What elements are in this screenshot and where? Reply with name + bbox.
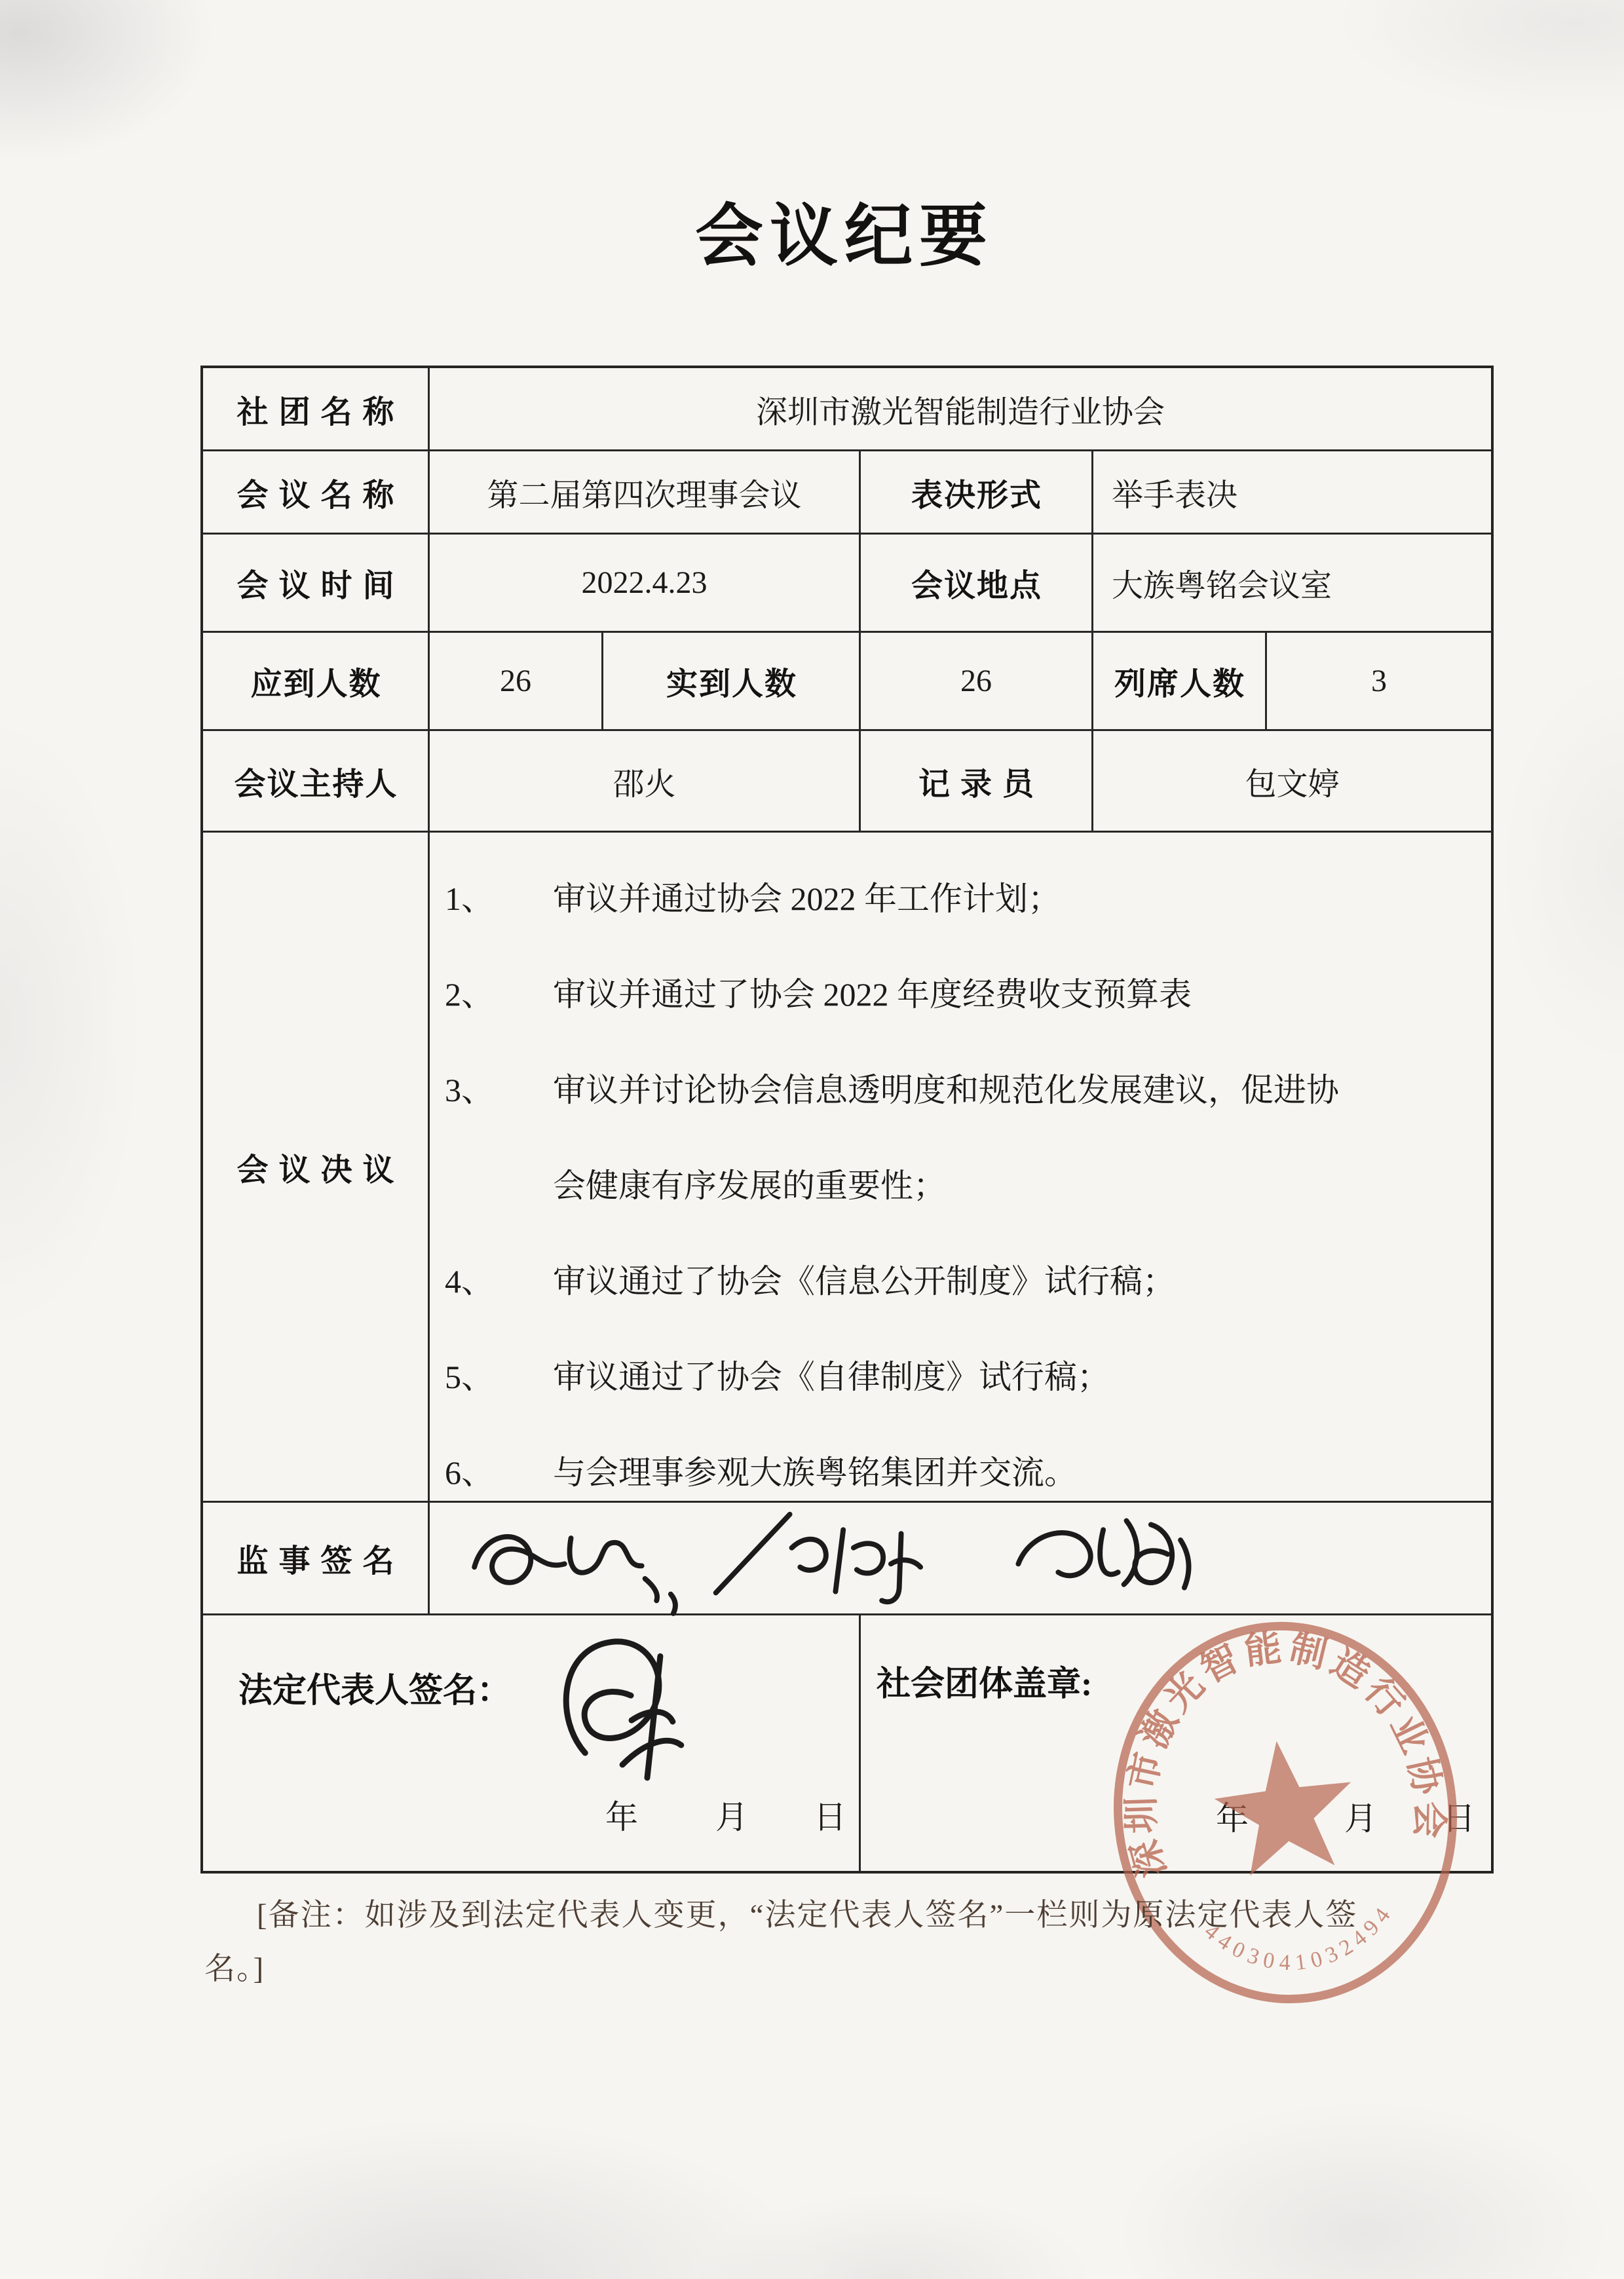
- legal-rep-cell: 法定代表人签名： 年 月 日: [203, 1615, 861, 1871]
- meeting-time-label: 会议时间: [203, 535, 430, 633]
- resolution-number: 2、: [445, 947, 553, 1042]
- meeting-time-value: 2022.4.23: [430, 535, 861, 633]
- resolutions-label: 会议决议: [203, 833, 430, 1503]
- supervisor-signatures: [430, 1503, 1491, 1615]
- meeting-place-label: 会议地点: [861, 535, 1093, 633]
- seal-label: 社会团体盖章:: [877, 1656, 1092, 1705]
- observer-count-value: 3: [1267, 633, 1491, 731]
- resolution-text: 审议并通过了协会 2022 年度经费收支预算表: [553, 947, 1481, 1042]
- meeting-name-value: 第二届第四次理事会议: [430, 451, 861, 535]
- recorder-label: 记 录 员: [861, 731, 1093, 833]
- expected-count-value: 26: [430, 633, 603, 731]
- legal-rep-signature-handwriting: [203, 1615, 859, 1871]
- resolution-item: 1、 审议并通过协会 2022 年工作计划；: [445, 851, 1481, 947]
- org-name-label: 社团名称: [203, 368, 430, 451]
- vote-form-value: 举手表决: [1093, 451, 1491, 535]
- actual-count-label: 实到人数: [603, 633, 861, 731]
- resolution-item: 3、 审议并讨论协会信息透明度和规范化发展建议，促进协会健康有序发展的重要性；: [445, 1042, 1481, 1234]
- actual-count-value: 26: [861, 633, 1093, 731]
- expected-count-label: 应到人数: [203, 633, 430, 731]
- footer-note-line1: [备注：如涉及到法定代表人变更，“法定代表人签名”一栏则为原法定代表人签: [257, 1891, 1357, 1934]
- legal-rep-date-day: 日: [814, 1791, 846, 1838]
- resolution-number: 4、: [445, 1234, 553, 1329]
- resolution-text: 审议并讨论协会信息透明度和规范化发展建议，促进协会健康有序发展的重要性；: [553, 1042, 1481, 1234]
- recorder-value: 包文婷: [1093, 731, 1491, 833]
- resolution-number: 3、: [445, 1042, 553, 1138]
- resolution-text: 审议通过了协会《自律制度》试行稿；: [553, 1329, 1481, 1425]
- resolutions-list: 1、 审议并通过协会 2022 年工作计划； 2、 审议并通过了协会 2022 …: [430, 833, 1491, 1503]
- resolution-number: 1、: [445, 851, 553, 947]
- meeting-minutes-table: 社团名称 深圳市激光智能制造行业协会 会议名称 第二届第四次理事会议 表决形式 …: [200, 366, 1494, 1874]
- seal-date-day: 日: [1443, 1792, 1475, 1839]
- org-name-value: 深圳市激光智能制造行业协会: [430, 368, 1491, 451]
- vote-form-label: 表决形式: [861, 451, 1093, 535]
- resolution-text: 审议通过了协会《信息公开制度》试行稿；: [553, 1234, 1481, 1329]
- document-title: 会议纪要: [200, 191, 1488, 283]
- seal-date-year: 年: [1216, 1792, 1249, 1839]
- scanned-page: 会议纪要 社团名称 深圳市激光智能制造行业协会 会议名称 第二届第四次理事会议 …: [0, 0, 1624, 2279]
- seal-cell: 社会团体盖章: 年 月 日: [861, 1615, 1491, 1871]
- resolution-number: 5、: [445, 1329, 553, 1425]
- resolution-item: 2、 审议并通过了协会 2022 年度经费收支预算表: [445, 947, 1481, 1042]
- legal-rep-date-year: 年: [605, 1791, 638, 1838]
- observer-count-label: 列席人数: [1093, 633, 1267, 731]
- resolution-item: 5、 审议通过了协会《自律制度》试行稿；: [445, 1329, 1481, 1425]
- host-value: 邵火: [430, 731, 861, 833]
- supervisor-signatures-handwriting: [430, 1503, 1491, 1613]
- resolution-item: 4、 审议通过了协会《信息公开制度》试行稿；: [445, 1234, 1481, 1329]
- host-label: 会议主持人: [203, 731, 430, 833]
- supervisor-sign-label: 监事签名: [203, 1503, 430, 1615]
- meeting-place-value: 大族粤铭会议室: [1093, 535, 1491, 633]
- seal-date-month: 月: [1344, 1792, 1377, 1839]
- footer-note-line2: 名。]: [204, 1944, 265, 1988]
- resolution-text: 审议并通过协会 2022 年工作计划；: [553, 851, 1481, 947]
- legal-rep-date-month: 月: [715, 1791, 748, 1838]
- meeting-name-label: 会议名称: [203, 451, 430, 535]
